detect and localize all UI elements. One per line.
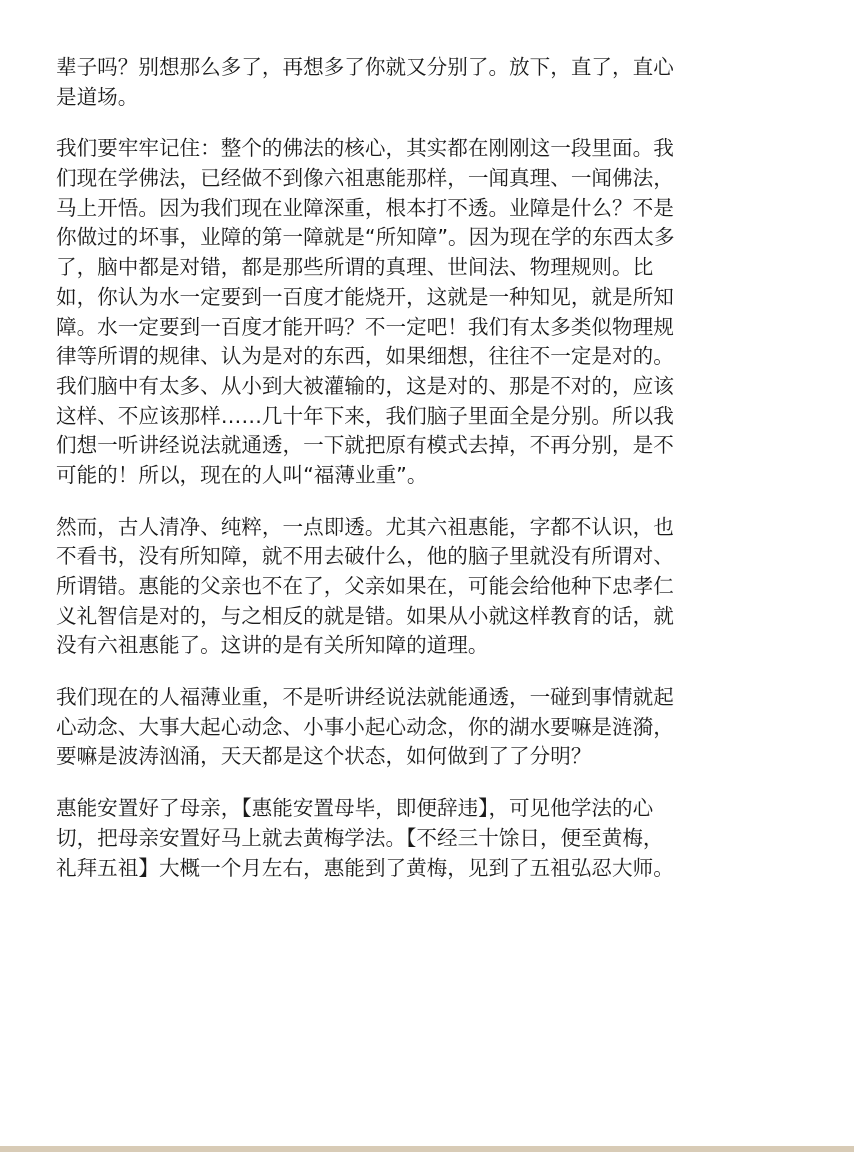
text-line: 然而，古人清净、纯粹，一点即透。尤其六祖惠能，字都不认识，也 <box>56 513 756 543</box>
text-line: 们现在学佛法，已经做不到像六祖惠能那样，一闻真理、一闻佛法， <box>56 164 756 194</box>
text-line: 我们要牢牢记住：整个的佛法的核心，其实都在刚刚这一段里面。我 <box>56 134 756 164</box>
paragraph-4: 我们现在的人福薄业重，不是听讲经说法就能通透，一碰到事情就起 心动念、大事大起心… <box>56 683 756 772</box>
text-line: 们想一听讲经说法就通透，一下就把原有模式去掉，不再分别，是不 <box>56 431 756 461</box>
page-bottom-edge <box>0 1146 854 1152</box>
text-line: 了，脑中都是对错，都是那些所谓的真理、世间法、物理规则。比 <box>56 253 756 283</box>
text-line: 所谓错。惠能的父亲也不在了，父亲如果在，可能会给他种下忠孝仁 <box>56 572 756 602</box>
text-line: 你做过的坏事，业障的第一障就是“所知障”。因为现在学的东西太多 <box>56 223 756 253</box>
paragraph-5: 惠能安置好了母亲，【惠能安置母毕，即便辞违】，可见他学法的心 切，把母亲安置好马… <box>56 794 756 883</box>
paragraph-2: 我们要牢牢记住：整个的佛法的核心，其实都在刚刚这一段里面。我 们现在学佛法，已经… <box>56 134 756 490</box>
paragraph-1: 辈子吗？别想那么多了，再想多了你就又分别了。放下，直了，直心 是道场。 <box>56 53 756 112</box>
text-line: 礼拜五祖】大概一个月左右，惠能到了黄梅，见到了五祖弘忍大师。 <box>56 854 756 884</box>
text-line: 如，你认为水一定要到一百度才能烧开，这就是一种知见，就是所知 <box>56 283 756 313</box>
text-line: 马上开悟。因为我们现在业障深重，根本打不透。业障是什么？不是 <box>56 194 756 224</box>
text-line: 心动念、大事大起心动念、小事小起心动念，你的湖水要嘛是涟漪， <box>56 713 756 743</box>
text-line: 我们现在的人福薄业重，不是听讲经说法就能通透，一碰到事情就起 <box>56 683 756 713</box>
paragraph-3: 然而，古人清净、纯粹，一点即透。尤其六祖惠能，字都不认识，也 不看书，没有所知障… <box>56 513 756 661</box>
text-line: 切，把母亲安置好马上就去黄梅学法。【不经三十馀日，便至黄梅， <box>56 824 756 854</box>
text-line: 我们脑中有太多、从小到大被灌输的，这是对的、那是不对的，应该 <box>56 372 756 402</box>
text-line: 要嘛是波涛汹涌，天天都是这个状态，如何做到了了分明？ <box>56 742 756 772</box>
text-line: 没有六祖惠能了。这讲的是有关所知障的道理。 <box>56 631 756 661</box>
text-line: 可能的！所以，现在的人叫“福薄业重”。 <box>56 461 756 491</box>
text-line: 不看书，没有所知障，就不用去破什么，他的脑子里就没有所谓对、 <box>56 542 756 572</box>
text-line: 这样、不应该那样……几十年下来，我们脑子里面全是分别。所以我 <box>56 402 756 432</box>
text-line: 障。水一定要到一百度才能开吗？不一定吧！我们有太多类似物理规 <box>56 313 756 343</box>
text-line: 惠能安置好了母亲，【惠能安置母毕，即便辞违】，可见他学法的心 <box>56 794 756 824</box>
text-line: 义礼智信是对的，与之相反的就是错。如果从小就这样教育的话，就 <box>56 602 756 632</box>
text-line: 辈子吗？别想那么多了，再想多了你就又分别了。放下，直了，直心 <box>56 53 756 83</box>
text-line: 律等所谓的规律、认为是对的东西，如果细想，往往不一定是对的。 <box>56 342 756 372</box>
document-page: 辈子吗？别想那么多了，再想多了你就又分别了。放下，直了，直心 是道场。 我们要牢… <box>56 53 756 905</box>
text-line: 是道场。 <box>56 83 756 113</box>
